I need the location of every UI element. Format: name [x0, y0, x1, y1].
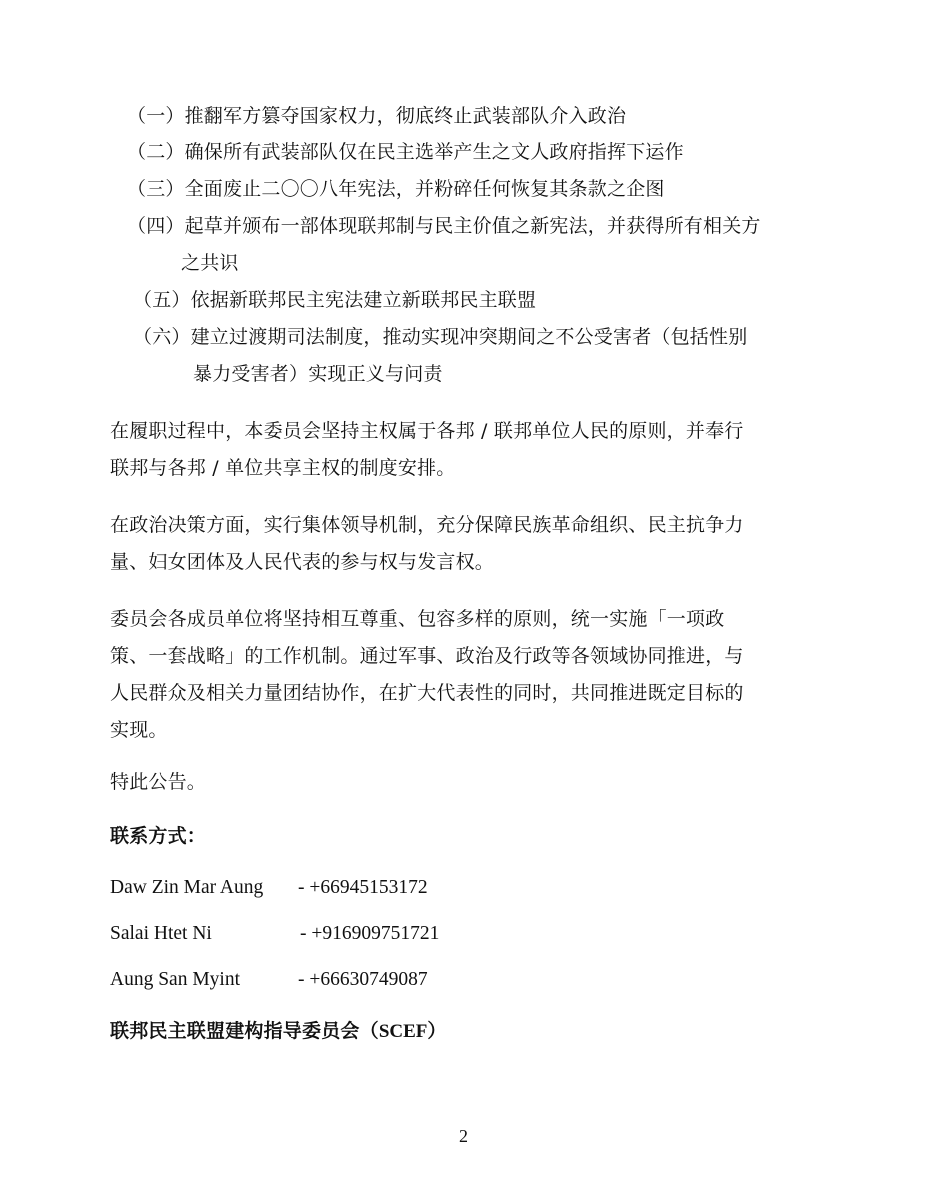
- list-item-text: 起草并颁布一部体现联邦制与民主价值之新宪法，并获得所有相关方: [185, 215, 761, 237]
- paragraph-line: 策、一套战略」的工作机制。通过军事、政治及行政等各领域协同推进，与: [110, 644, 744, 668]
- paragraph-line: 委员会各成员单位将坚持相互尊重、包容多样的原则，统一实施「一项政: [110, 607, 724, 631]
- paragraph-line: 在履职过程中，本委员会坚持主权属于各邦 / 联邦单位人民的原则，并奉行: [110, 419, 743, 443]
- list-marker: （一）: [127, 105, 185, 127]
- signature-org-abbr: SCEF: [379, 1021, 428, 1042]
- paragraph-line: 量、妇女团体及人民代表的参与权与发言权。: [110, 550, 494, 574]
- list-item-6: （六）建立过渡期司法制度，推动实现冲突期间之不公受害者（包括性别: [133, 325, 747, 349]
- signature-close-paren: ）: [427, 1020, 446, 1042]
- list-marker: （四）: [127, 215, 185, 237]
- contact-name: Salai Htet Ni: [110, 922, 212, 946]
- list-item-text: 推翻军方篡夺国家权力，彻底终止武装部队介入政治: [185, 105, 627, 127]
- list-item-3: （三）全面废止二〇〇八年宪法，并粉碎任何恢复其条款之企图: [127, 177, 665, 201]
- paragraph-line: 在政治决策方面，实行集体领导机制，充分保障民族革命组织、民主抗争力: [110, 513, 744, 537]
- list-marker: （三）: [127, 178, 185, 200]
- list-item-text: 确保所有武装部队仅在民主选举产生之文人政府指挥下运作: [185, 141, 684, 163]
- paragraph-line: 人民群众及相关力量团结协作，在扩大代表性的同时，共同推进既定目标的: [110, 681, 744, 705]
- signature-organization: 联邦民主联盟建构指导委员会（SCEF）: [110, 1019, 447, 1044]
- list-item-6-continuation: 暴力受害者）实现正义与问责: [193, 362, 443, 386]
- list-marker: （五）: [133, 289, 191, 311]
- list-item-text: 建立过渡期司法制度，推动实现冲突期间之不公受害者（包括性别: [191, 326, 748, 348]
- paragraph-line: 联邦与各邦 / 单位共享主权的制度安排。: [110, 456, 455, 480]
- page-number: 2: [0, 1125, 927, 1147]
- list-item-5: （五）依据新联邦民主宪法建立新联邦民主联盟: [133, 288, 536, 312]
- list-item-4: （四）起草并颁布一部体现联邦制与民主价值之新宪法，并获得所有相关方: [127, 214, 761, 238]
- contact-phone[interactable]: - +66630749087: [298, 968, 428, 992]
- list-marker: （六）: [133, 326, 191, 348]
- paragraph-line: 特此公告。: [110, 770, 206, 794]
- contact-name: Daw Zin Mar Aung: [110, 876, 263, 900]
- list-item-2: （二）确保所有武装部队仅在民主选举产生之文人政府指挥下运作: [127, 140, 684, 164]
- list-item-text: 全面废止二〇〇八年宪法，并粉碎任何恢复其条款之企图: [185, 178, 665, 200]
- document-page: （一）推翻军方篡夺国家权力，彻底终止武装部队介入政治 （二）确保所有武装部队仅在…: [0, 0, 927, 1200]
- list-item-4-continuation: 之共识: [181, 251, 239, 275]
- contact-phone[interactable]: - +916909751721: [300, 922, 439, 946]
- list-item-text: 依据新联邦民主宪法建立新联邦民主联盟: [191, 289, 537, 311]
- list-marker: （二）: [127, 141, 185, 163]
- contact-name: Aung San Myint: [110, 968, 240, 992]
- paragraph-line: 实现。: [110, 718, 168, 742]
- signature-org-name: 联邦民主联盟建构指导委员会（: [110, 1020, 379, 1042]
- list-item-1: （一）推翻军方篡夺国家权力，彻底终止武装部队介入政治: [127, 104, 626, 128]
- contact-phone[interactable]: - +66945153172: [298, 876, 428, 900]
- contact-heading: 联系方式：: [110, 824, 206, 848]
